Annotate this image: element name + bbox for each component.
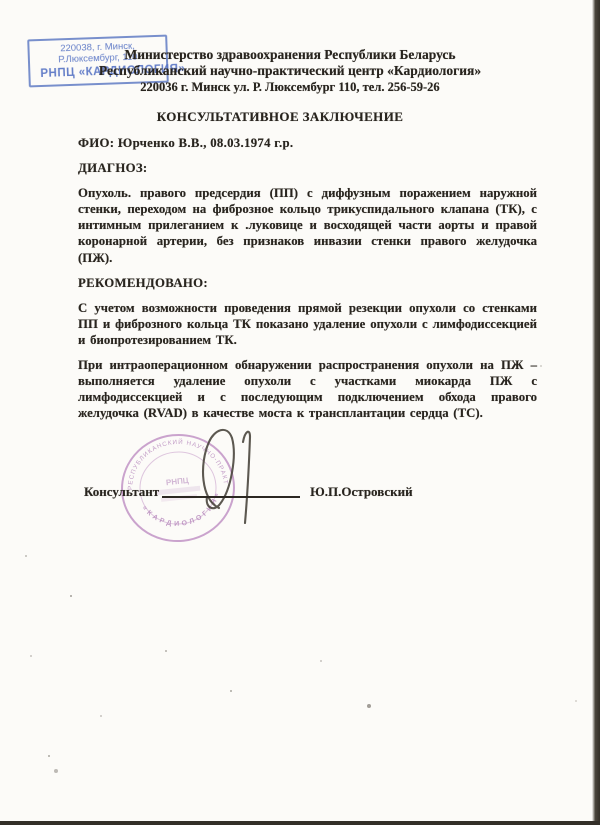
recommendation-1: С учетом возможности проведения прямой р… [78, 300, 537, 348]
recommendation-2: При интраоперационном обнаружении распро… [78, 357, 537, 421]
document-title: КОНСУЛЬТАТИВНОЕ ЗАКЛЮЧЕНИЕ [0, 109, 560, 125]
center-name: Республиканский научно-практический цент… [10, 63, 570, 79]
signature-line [162, 495, 300, 498]
recommended-label: РЕКОМЕНДОВАНО: [78, 275, 537, 291]
consultant-label: Консультант [84, 484, 159, 500]
scan-edge-bottom [0, 821, 600, 825]
address-phone: 220036 г. Минск ул. Р. Люксембург 110, т… [10, 79, 570, 95]
letterhead: Министерство здравоохранения Республики … [10, 47, 570, 95]
patient-line: ФИО: Юрченко В.В., 08.03.1974 г.р. [78, 135, 537, 151]
diagnosis-label: ДИАГНОЗ: [78, 160, 537, 176]
ministry-name: Министерство здравоохранения Республики … [10, 47, 570, 63]
scan-edge-right [592, 0, 600, 821]
scan-noise-specks [70, 595, 72, 597]
signature-row: Консультант Ю.П.Островский [84, 484, 413, 500]
handwritten-signature [183, 416, 278, 531]
consultant-name: Ю.П.Островский [310, 484, 413, 500]
document-body: ФИО: Юрченко В.В., 08.03.1974 г.р. ДИАГН… [78, 135, 537, 430]
scanned-document-page: 220038, г. Минск, Р.Люксембург, 110 РНПЦ… [0, 0, 600, 825]
diagnosis-text: Опухоль. правого предсердия (ПП) с диффу… [78, 185, 537, 265]
